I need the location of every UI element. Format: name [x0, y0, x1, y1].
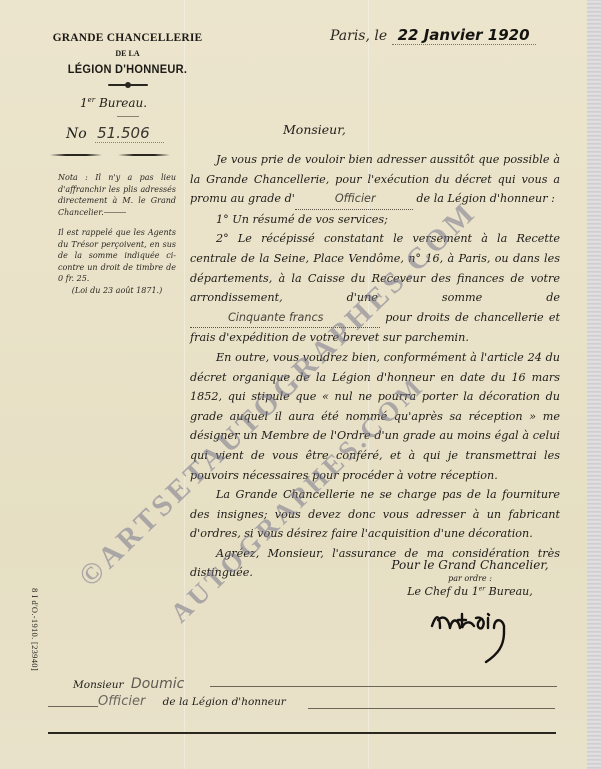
sig-line3: Le Chef du 1er Bureau,: [380, 585, 560, 598]
letterhead-line3: LÉGION D'HONNEUR.: [47, 62, 208, 76]
stamp-duty-text: Il est rappelé que les Agents du Trésor …: [58, 228, 176, 283]
item-1: 1° Un résumé de vos services;: [190, 210, 560, 230]
addressee-grade: Officier: [98, 694, 145, 709]
ornament-rule: [108, 84, 148, 86]
paragraph-2: En outre, vous voudrez bien, conformémen…: [190, 348, 560, 485]
double-rule: [50, 154, 172, 156]
letterhead-line1: GRANDE CHANCELLERIE: [40, 32, 215, 44]
addressee-name: Doumic: [131, 676, 184, 692]
letter-body: Je vous prie de vouloir bien adresser au…: [190, 150, 560, 583]
bureau-number: 1: [80, 96, 88, 110]
scan-edge: [587, 0, 601, 769]
grade-field: Officier: [295, 189, 413, 210]
addressee-label: Monsieur: [73, 679, 124, 691]
address-rule: [308, 708, 555, 709]
date-value: 22 Janvier 1920: [392, 26, 536, 45]
dossier-number: No 51.506: [66, 124, 164, 142]
address-rule: [210, 686, 557, 687]
small-rule: [104, 212, 126, 213]
sig-line2: par ordre :: [380, 574, 560, 583]
numero-value: 51.506: [95, 124, 164, 143]
sig-line1: Pour le Grand Chancelier,: [380, 558, 560, 572]
paper-fold: [184, 0, 185, 769]
date-prefix: Paris, le: [330, 28, 387, 44]
letterhead-line2: DE LA: [40, 49, 215, 58]
amount-field: Cinquante francs: [190, 308, 380, 329]
addressee-suffix: de la Légion d'honneur: [163, 696, 286, 708]
paragraph-1: Je vous prie de vouloir bien adresser au…: [190, 150, 560, 210]
bureau-word: Bureau.: [99, 96, 147, 110]
salutation: Monsieur,: [283, 122, 346, 137]
date-line: Paris, le 22 Janvier 1920: [330, 26, 536, 44]
p1-suffix: de la Légion d'honneur :: [416, 192, 555, 205]
stamp-duty-note: Il est rappelé que les Agents du Trésor …: [58, 227, 176, 296]
signature-block: Pour le Grand Chancelier, par ordre : Le…: [380, 558, 560, 598]
addressee-grade-line: Officier de la Légion d'honneur: [98, 694, 286, 709]
sig-line3-b: Bureau,: [485, 585, 533, 598]
print-code: 8 I d'O.-1910. [23940]: [30, 588, 40, 671]
sig-line3-a: Le Chef du 1: [407, 585, 479, 598]
item2-text: 2° Le récépissé constatant le versement …: [190, 232, 560, 304]
document-page: GRANDE CHANCELLERIE DE LA LÉGION D'HONNE…: [0, 0, 587, 769]
bureau-label: 1er Bureau.: [80, 96, 147, 110]
addressee-name-line: Monsieur Doumic: [73, 676, 184, 692]
address-rule-thick: [48, 732, 556, 734]
small-rule: [117, 116, 139, 117]
paragraph-3: La Grande Chancellerie ne se charge pas …: [190, 485, 560, 544]
letterhead: GRANDE CHANCELLERIE DE LA LÉGION D'HONNE…: [40, 32, 215, 86]
law-reference: (Loi du 23 août 1871.): [58, 285, 176, 297]
numero-label: No: [66, 126, 87, 142]
handwritten-signature-icon: [428, 606, 538, 664]
bureau-sup: er: [88, 96, 96, 104]
item-2: 2° Le récépissé constatant le versement …: [190, 229, 560, 348]
address-rule: [48, 706, 98, 707]
